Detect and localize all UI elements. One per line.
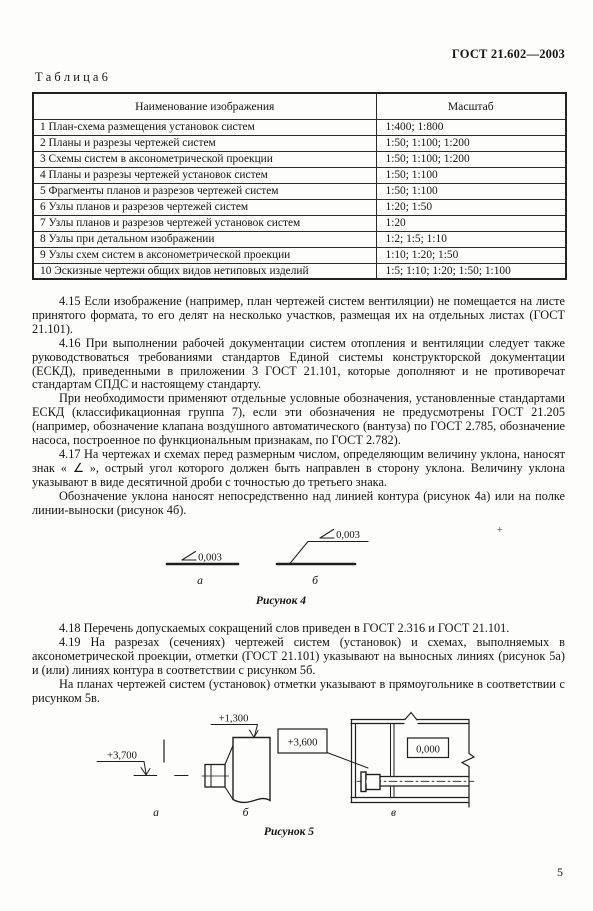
duct-body	[233, 738, 270, 803]
table-row: 3 Схемы систем в аксонометрической проек…	[33, 151, 566, 167]
paragraph-4-16-cont: При необходимости применяют отдельные ус…	[32, 392, 565, 448]
table-row: 4 Планы и разрезы чертежей установок сис…	[33, 167, 566, 183]
fig5-label-a: а	[153, 806, 159, 819]
page-number: 5	[557, 865, 563, 880]
elevation-mark-b: +1,300	[219, 714, 249, 725]
duct-flare-bottom	[225, 787, 233, 800]
row-name: 9 Узлы схем систем в аксонометрической п…	[33, 247, 376, 263]
document-page: ГОСТ 21.602—2003 Т а б л и ц а 6 Наимено…	[0, 0, 593, 911]
row-name: 10 Эскизные чертежи общих видов нетиповы…	[33, 263, 376, 279]
row-scale: 1:20; 1:50	[376, 199, 566, 215]
table-row: 2 Планы и разрезы чертежей систем1:50; 1…	[33, 135, 566, 151]
slope-angle-icon	[320, 530, 334, 539]
pipe-head-opening	[366, 777, 377, 788]
paragraph-4-17: 4.17 На чертежах и схемах перед размерны…	[32, 448, 565, 490]
row-name: 7 Узлы планов и разрезов чертежей устано…	[33, 215, 376, 231]
fig5-label-b: б	[243, 806, 250, 819]
row-name: 8 Узлы при детальном изображении	[33, 231, 376, 247]
table-row: 10 Эскизные чертежи общих видов нетиповы…	[33, 263, 566, 279]
break-mark-right	[462, 720, 474, 808]
bottom-wall	[351, 798, 469, 803]
paragraph-4-19: 4.19 На разрезах (сечениях) чертежей сис…	[32, 636, 565, 678]
table-row: 9 Узлы схем систем в аксонометрической п…	[33, 247, 566, 263]
figure-4-drawing: 0,003 а 0,003 б	[0, 520, 593, 595]
table-header-row: Наименование изображения Масштаб	[33, 93, 566, 119]
table-row: 1 План-схема размещения установок систем…	[33, 119, 566, 135]
figure-5-caption: Рисунок 5	[0, 826, 578, 838]
paragraph-4-16: 4.16 При выполнении рабочей документации…	[32, 337, 565, 393]
leader-line	[290, 542, 309, 565]
fig4-label-a: а	[197, 574, 203, 587]
row-scale: 1:20	[376, 215, 566, 231]
fig5-variant-a	[97, 740, 188, 793]
paragraph-4-17-cont: Обозначение уклона наносят непосредствен…	[32, 490, 565, 518]
column-header-scale: Масштаб	[376, 93, 566, 119]
row-scale: 1:10; 1:20; 1:50	[376, 247, 566, 263]
row-scale: 1:2; 1:5; 1:10	[376, 231, 566, 247]
zero-elevation-mark: 0,000	[416, 745, 440, 756]
row-name: 2 Планы и разрезы чертежей систем	[33, 135, 376, 151]
row-name: 5 Фрагменты планов и разрезов чертежей с…	[33, 183, 376, 199]
pipe-flange	[361, 772, 366, 792]
table-row: 7 Узлы планов и разрезов чертежей устано…	[33, 215, 566, 231]
row-name: 3 Схемы систем в аксонометрической проек…	[33, 151, 376, 167]
figure-5-drawing: +3,700 а +1,300 б	[0, 700, 593, 825]
slope-value-b: 0,003	[336, 530, 360, 541]
fig5-variant-b	[202, 725, 270, 803]
left-wall	[352, 720, 356, 803]
fig5-variant-v	[278, 713, 474, 808]
slope-value-a: 0,003	[198, 553, 222, 564]
text-block-1: 4.15 Если изображение (например, план че…	[32, 295, 565, 518]
elevation-mark-v: +3,600	[288, 738, 318, 749]
elevation-mark-a: +3,700	[107, 751, 137, 762]
row-name: 4 Планы и разрезы чертежей установок сис…	[33, 167, 376, 183]
paragraph-4-18: 4.18 Перечень допускаемых сокращений сло…	[32, 622, 565, 636]
row-name: 1 План-схема размещения установок систем	[33, 119, 376, 135]
top-wall	[351, 720, 469, 724]
break-mark-top	[405, 713, 417, 721]
table-6-label: Т а б л и ц а 6	[35, 70, 108, 85]
text-block-2: 4.18 Перечень допускаемых сокращений сло…	[32, 622, 565, 705]
row-scale: 1:5; 1:10; 1:20; 1:50; 1:100	[376, 263, 566, 279]
row-scale: 1:50; 1:100; 1:200	[376, 135, 566, 151]
duct-flare-top	[225, 746, 233, 765]
fig5-label-v: в	[391, 806, 396, 819]
row-scale: 1:50; 1:100	[376, 167, 566, 183]
row-scale: 1:50; 1:100; 1:200	[376, 151, 566, 167]
mark-leader	[327, 753, 368, 769]
column-header-name: Наименование изображения	[33, 93, 376, 119]
pipe-opening	[159, 770, 169, 780]
figure-4-caption: Рисунок 4	[0, 595, 562, 607]
table-row: 8 Узлы при детальном изображении1:2; 1:5…	[33, 231, 566, 247]
fig4-label-b: б	[312, 574, 319, 587]
slope-angle-icon	[182, 552, 196, 561]
row-scale: 1:400; 1:800	[376, 119, 566, 135]
row-name: 6 Узлы планов и разрезов чертежей систем	[33, 199, 376, 215]
table-row: 6 Узлы планов и разрезов чертежей систем…	[33, 199, 566, 215]
table-row: 5 Фрагменты планов и разрезов чертежей с…	[33, 183, 566, 199]
row-scale: 1:50; 1:100	[376, 183, 566, 199]
paragraph-4-15: 4.15 Если изображение (например, план че…	[32, 295, 565, 337]
standard-number-header: ГОСТ 21.602—2003	[452, 47, 565, 62]
scale-table: Наименование изображения Масштаб 1 План-…	[32, 92, 567, 280]
arrow-icon	[250, 730, 259, 738]
